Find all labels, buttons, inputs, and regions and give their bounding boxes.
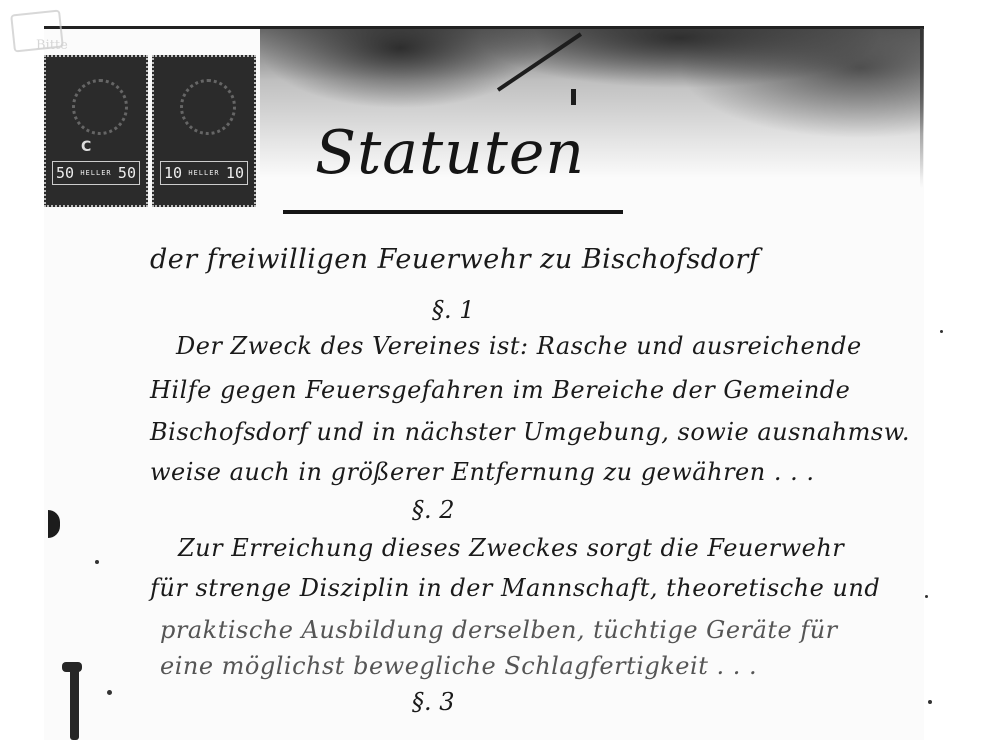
section-1-line-2: Hilfe gegen Feuersgefahren im Bereiche d…: [150, 376, 850, 404]
page-top-edge: [44, 26, 924, 29]
scan-speck: [107, 690, 112, 695]
stamp-value-left: 50: [56, 164, 74, 182]
section-2-line-3: praktische Ausbildung derselben, tüchtig…: [160, 616, 838, 644]
revenue-stamp-10: 10 HELLER 10: [152, 55, 256, 207]
document-title: Statuten: [300, 118, 600, 188]
margin-ink-mark: [62, 662, 84, 740]
stamp-center-text: HELLER: [80, 169, 111, 177]
section-1-line-3: Bischofsdorf und in nächster Umgebung, s…: [150, 418, 910, 446]
stamp-emblem-icon: [180, 79, 236, 135]
document-subtitle: der freiwilligen Feuerwehr zu Bischofsdo…: [150, 244, 759, 275]
stamp-letter: C: [81, 139, 91, 155]
stamp-value-bar: 10 HELLER 10: [160, 161, 248, 185]
section-2-line-1: Zur Erreichung dieses Zweckes sorgt die …: [178, 534, 844, 562]
watermark-text: Bitte: [36, 38, 68, 53]
stamp-emblem-icon: [72, 79, 128, 135]
stamp-value-right: 50: [118, 164, 136, 182]
stamp-center-text: HELLER: [188, 169, 219, 177]
page-right-edge: [920, 28, 923, 188]
section-1-line-1: Der Zweck des Vereines ist: Rasche und a…: [176, 332, 862, 360]
section-number-1: §. 1: [432, 296, 475, 324]
tick-mark: [571, 89, 576, 105]
ink-mark-bar: [70, 668, 79, 740]
stamp-value-left: 10: [164, 164, 182, 182]
scan-speck: [940, 330, 943, 333]
section-number-2: §. 2: [412, 496, 455, 524]
stamp-value-bar: 50 HELLER 50: [52, 161, 140, 185]
section-number-3: §. 3: [412, 688, 455, 716]
section-1-line-4: weise auch in größerer Entfernung zu gew…: [150, 458, 814, 486]
scan-speck: [925, 595, 928, 598]
title-underline: [283, 210, 623, 214]
stamp-value-right: 10: [226, 164, 244, 182]
revenue-stamp-50: C 50 HELLER 50: [44, 55, 148, 207]
scan-speck: [928, 700, 932, 704]
section-2-line-4: eine möglichst bewegliche Schlagfertigke…: [160, 652, 757, 680]
section-2-line-2: für strenge Disziplin in der Mannschaft,…: [150, 574, 880, 602]
scan-speck: [95, 560, 99, 564]
